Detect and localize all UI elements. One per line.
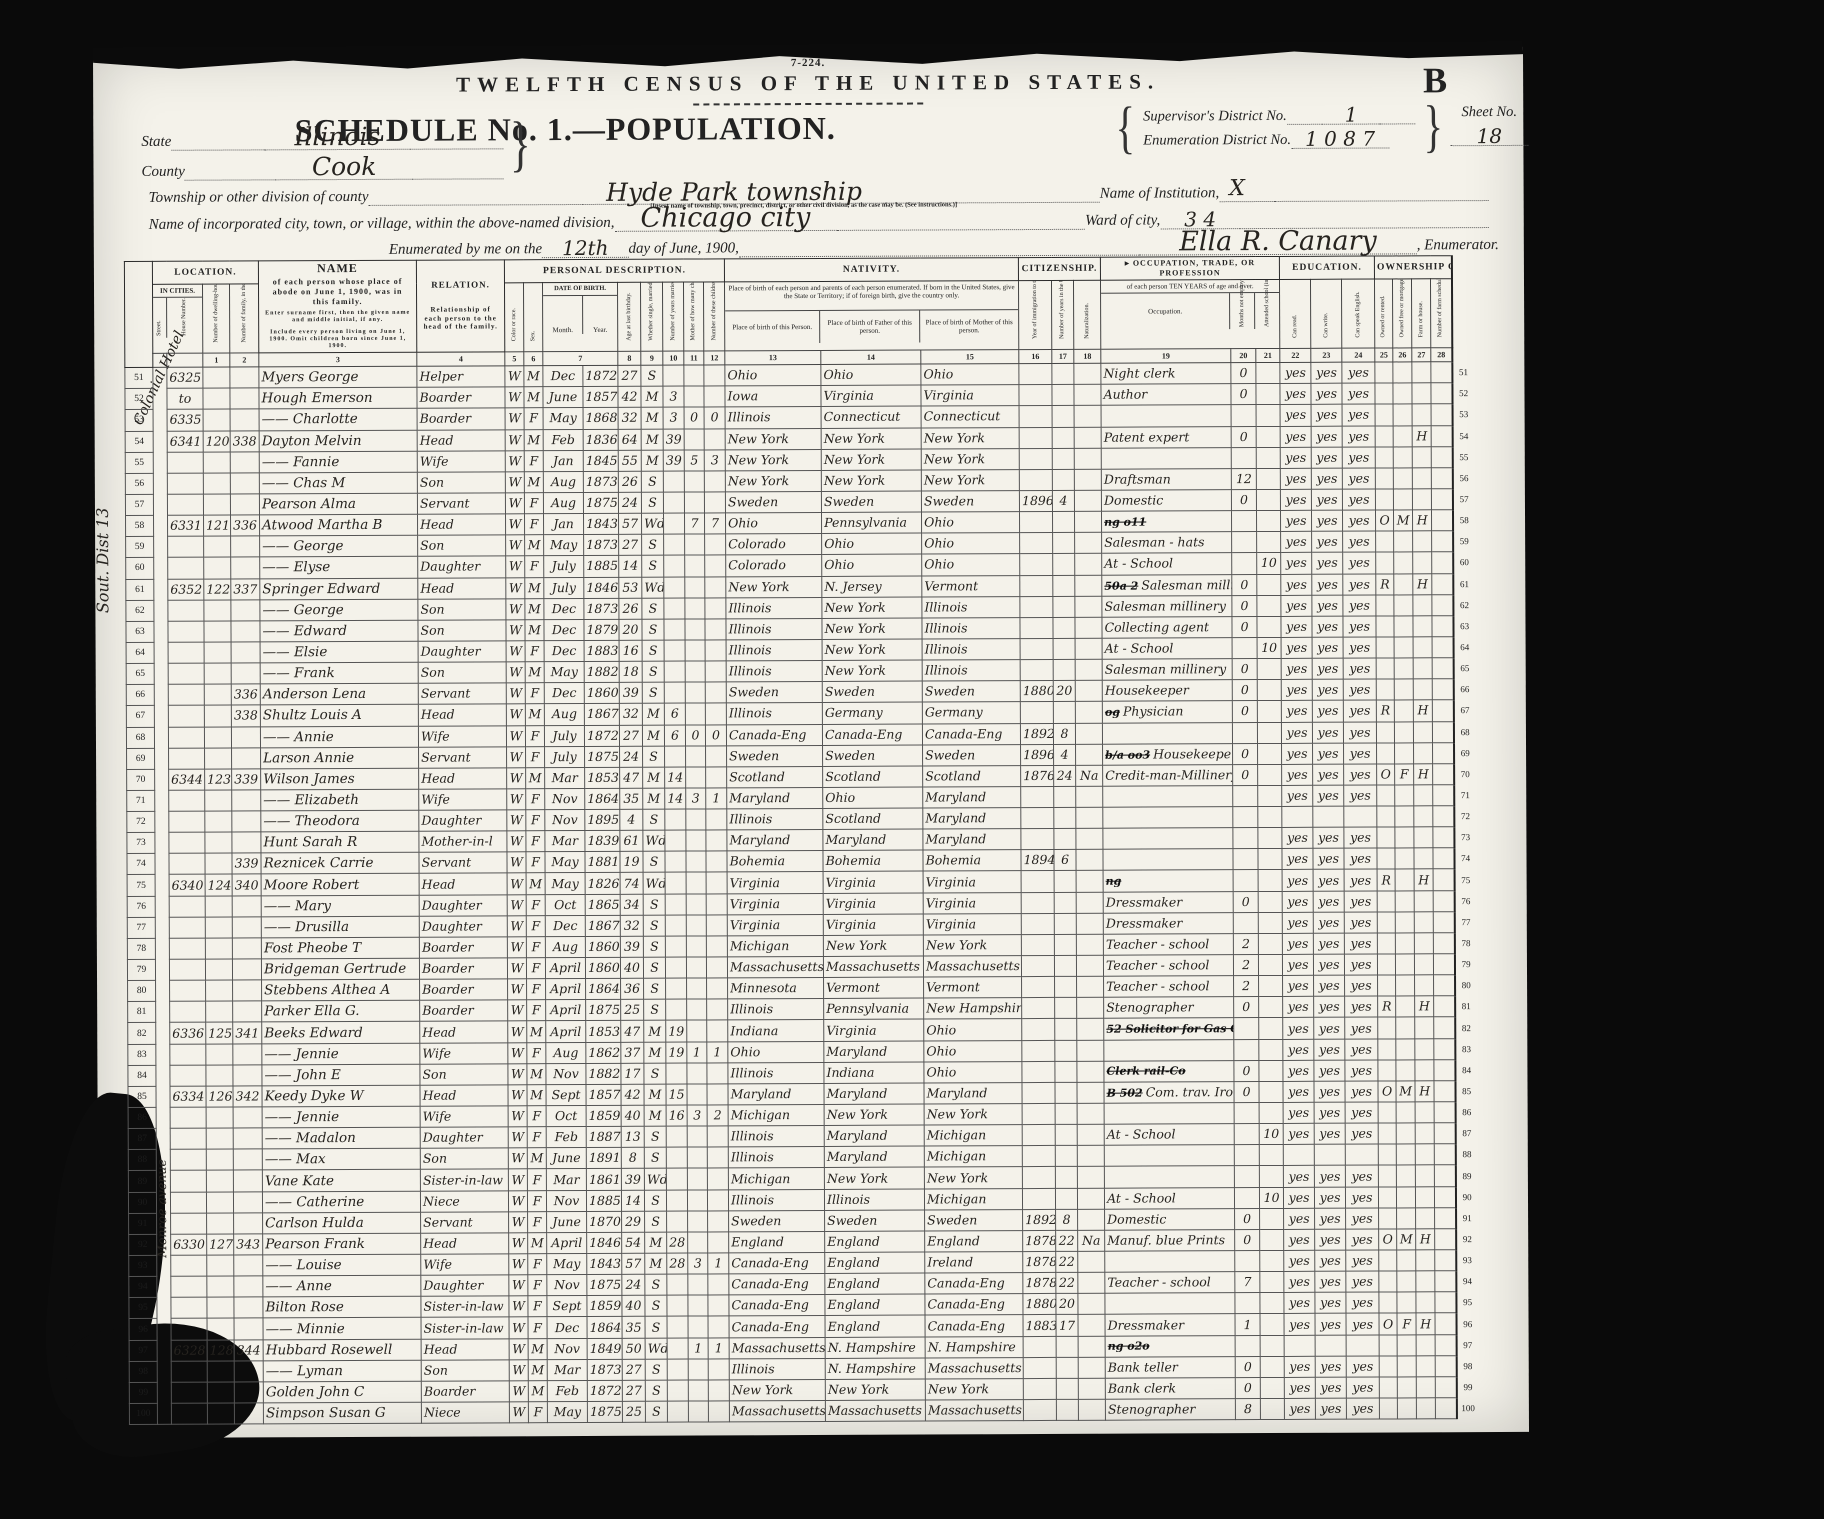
name-title: NAME (261, 261, 414, 276)
cell-year: 1845 (583, 450, 618, 471)
right-line-number: 68 (1454, 721, 1476, 742)
cell-nat (1077, 1146, 1104, 1167)
cell-fam: 338 (230, 430, 259, 451)
cell-color: W (509, 1296, 528, 1317)
cell-pobm: Canada-Eng (922, 723, 1020, 745)
cell-yrs (1053, 702, 1075, 723)
cell-color: W (509, 1402, 528, 1423)
handwritten-entry: 22 (1059, 1254, 1075, 1269)
handwritten-entry: yes (1348, 449, 1369, 464)
cell-occ: ng (1103, 870, 1233, 892)
cell-en: yes (1342, 426, 1375, 447)
handwritten-entry: 14 (622, 558, 638, 573)
right-line-number: 76 (1454, 890, 1476, 911)
handwritten-entry: yes (1318, 872, 1339, 887)
cell-home (1416, 1271, 1435, 1292)
cell-imm (1020, 702, 1053, 723)
cell-en: yes (1346, 1292, 1379, 1313)
handwritten-entry: M (530, 1024, 543, 1039)
cell-own (1379, 1356, 1397, 1377)
handwritten-entry: Salesman - hats (1104, 535, 1204, 550)
cell-sch (1257, 574, 1281, 595)
handwritten-entry: 14 (625, 1192, 641, 1207)
handwritten-entry: Anderson Lena (263, 686, 366, 702)
cell-home: H (1413, 573, 1432, 594)
cell-mort (1397, 1292, 1416, 1313)
cell-liv (707, 1168, 728, 1189)
cell-own: O (1377, 764, 1395, 785)
group-location: LOCATION. (152, 261, 258, 284)
handwritten-entry: Dayton Melvin (262, 433, 362, 449)
cell-imm (1020, 533, 1053, 554)
handwritten-entry: yes (1288, 1042, 1309, 1057)
cell-farmno (1434, 1059, 1455, 1080)
cell-home (1416, 1356, 1435, 1377)
cell-mon: Aug (543, 471, 583, 492)
cell-occ: 50a 2Salesman millinery (1102, 574, 1232, 596)
cell-name: Dayton Melvin (259, 430, 417, 452)
cell-pobf: Bohemia (823, 850, 923, 872)
cell-sex: F (525, 725, 544, 746)
line-number: 99 (129, 1382, 157, 1403)
cell-color: W (506, 598, 525, 619)
cell-year: 1853 (586, 1021, 621, 1042)
cell-occ: Collecting agent (1102, 616, 1232, 638)
colnum-owned: 25 (1375, 348, 1393, 362)
cell-sch (1259, 997, 1283, 1018)
cell-name: —— Max (262, 1149, 420, 1171)
cell-liv (707, 1126, 728, 1147)
cell-yrs (1056, 1378, 1078, 1399)
cell-farmno (1435, 1229, 1456, 1250)
cell-fam (233, 1128, 262, 1149)
cell-liv: 3 (704, 450, 725, 471)
handwritten-entry: F (533, 1256, 542, 1271)
handwritten-entry: Ohio (926, 1043, 956, 1058)
cell-unemp (1233, 807, 1258, 828)
cell-pob: Bohemia (727, 851, 823, 873)
cell-color: W (506, 704, 525, 725)
handwritten-entry: yes (1288, 999, 1309, 1014)
handwritten-entry: Sweden (925, 747, 975, 762)
cell-rd: yes (1281, 510, 1312, 531)
handwritten-entry: Illinois (925, 662, 968, 677)
cell-dw (205, 832, 232, 853)
cell-name: Moore Robert (261, 874, 419, 896)
cell-unemp: 0 (1232, 659, 1257, 680)
cell-occ (1104, 1166, 1234, 1188)
cell-en: yes (1344, 722, 1377, 743)
colnum-relation: 4 (417, 352, 505, 366)
handwritten-entry: 3 (670, 389, 678, 404)
handwritten-entry: 1873 (586, 537, 618, 552)
cell-wr: yes (1311, 362, 1342, 383)
cell-color: W (507, 789, 526, 810)
farm-schedule-column-label: Number of farm schedule. (1437, 279, 1444, 337)
cell-mort (1394, 700, 1413, 721)
cell-house (169, 748, 205, 769)
cell-rd: yes (1282, 849, 1313, 870)
handwritten-entry: 0 (1240, 577, 1248, 592)
handwritten-entry: W (510, 876, 523, 891)
handwritten-entry: At - School (1107, 1190, 1176, 1205)
handwritten-entry: New York (926, 937, 987, 952)
cell-nat (1077, 1103, 1104, 1124)
cell-age: 18 (619, 661, 642, 682)
cell-pob: Canada-Eng (729, 1274, 825, 1296)
line-number: 77 (127, 917, 155, 938)
cell-house (171, 1319, 207, 1340)
cell-liv (706, 915, 727, 936)
cell-ym (663, 492, 684, 513)
cell-unemp (1235, 1293, 1260, 1314)
cell-farmno (1434, 1102, 1455, 1123)
cell-ym: 3 (663, 386, 684, 407)
cell-pobf: England (825, 1273, 925, 1295)
handwritten-entry: Wife (421, 792, 450, 807)
cell-color: W (507, 916, 526, 937)
handwritten-entry: yes (1319, 936, 1340, 951)
cell-liv: 0 (705, 724, 726, 745)
cell-year: 1873 (584, 598, 619, 619)
handwritten-entry: Michigan (927, 1191, 986, 1206)
handwritten-entry: —— George (262, 602, 343, 618)
cell-rd: yes (1280, 468, 1311, 489)
cell-age: 25 (622, 1401, 645, 1422)
cell-imm (1022, 998, 1055, 1019)
handwritten-entry: S (650, 917, 659, 932)
handwritten-entry: yes (1350, 788, 1371, 803)
cell-rel: Daughter (420, 1127, 508, 1149)
cell-pobm: Ohio (922, 554, 1020, 576)
handwritten-entry: Mar (552, 770, 578, 785)
cell-home (1414, 848, 1433, 869)
handwritten-entry: Head (424, 1341, 458, 1356)
cell-color: W (509, 1359, 528, 1380)
cell-house (170, 1044, 206, 1065)
handwritten-entry: N. Hampshire (928, 1339, 1016, 1354)
right-line-number: 56 (1452, 467, 1474, 488)
cell-house (169, 790, 205, 811)
cell-pobf: Connecticut (821, 406, 921, 428)
handwritten-entry: 2 (1242, 978, 1250, 993)
marital-column-head: Whether single, married, widowed, or div… (641, 282, 663, 351)
cell-yrs (1056, 1399, 1078, 1420)
cell-pobm: Bohemia (923, 850, 1021, 872)
handwritten-entry: 1836 (586, 431, 618, 446)
handwritten-entry: yes (1319, 1063, 1340, 1078)
handwritten-entry: Ohio (924, 515, 954, 530)
cell-farmno (1434, 1165, 1455, 1186)
cell-own: O (1379, 1229, 1397, 1250)
handwritten-entry: yes (1352, 1358, 1373, 1373)
handwritten-entry: yes (1285, 365, 1306, 380)
handwritten-entry: Son (421, 622, 445, 637)
handwritten-entry: Aug (551, 474, 576, 489)
line-number: 81 (128, 1002, 156, 1023)
handwritten-entry: S (650, 981, 659, 996)
cell-mort (1395, 869, 1414, 890)
handwritten-entry: W (512, 1341, 525, 1356)
cell-dw (204, 621, 231, 642)
cell-pobf: Maryland (824, 1125, 924, 1147)
cell-sex: M (524, 429, 543, 450)
handwritten-entry: Massachusetts (730, 959, 824, 974)
handwritten-entry: 0 (1241, 661, 1249, 676)
cell-name: —— Drusilla (261, 916, 419, 938)
handwritten-entry: 128 (210, 1342, 234, 1357)
handwritten-entry: 0 (1241, 746, 1249, 761)
cell-rel: Son (418, 662, 506, 684)
handwritten-entry: W (512, 1235, 525, 1250)
cell-occ: Manuf. blue Prints (1105, 1230, 1235, 1252)
cell-mort (1394, 616, 1413, 637)
handwritten-entry: 121 (206, 518, 230, 533)
cell-sex: F (526, 894, 545, 915)
handwritten-entry: 8 (1244, 1401, 1252, 1416)
cell-own (1377, 933, 1395, 954)
colnum-family: 2 (230, 353, 259, 367)
cell-sch (1259, 1081, 1283, 1102)
cell-ym (664, 577, 685, 598)
title-rule (693, 103, 923, 106)
cell-sch (1256, 426, 1280, 447)
cell-pobm: Sweden (922, 681, 1020, 703)
line-number-column-head (124, 261, 152, 367)
cell-sch (1258, 933, 1282, 954)
handwritten-entry: yes (1318, 724, 1339, 739)
cell-age: 19 (620, 852, 643, 873)
handwritten-entry: Nov (552, 812, 578, 827)
cell-occ (1103, 786, 1233, 808)
cell-name: —— Edward (260, 620, 418, 642)
handwritten-entry: —— Jennie (264, 1046, 338, 1062)
cell-rel: Daughter (421, 1275, 509, 1297)
cell-pob: Virginia (727, 872, 823, 894)
cell-name: —— John E (262, 1064, 420, 1086)
right-line-number: 53 (1452, 404, 1474, 425)
handwritten-entry: S (649, 622, 658, 637)
handwritten-entry: Canada-Eng (731, 1255, 808, 1270)
cell-occ: At - School (1104, 1124, 1234, 1146)
cell-sch (1260, 1377, 1284, 1398)
handwritten-entry: Illinois (731, 1128, 774, 1143)
cell-age: 4 (620, 809, 643, 830)
handwritten-entry: 27 (623, 727, 639, 742)
handwritten-entry: F (532, 960, 541, 975)
cell-unemp: 0 (1232, 701, 1257, 722)
handwritten-entry: Maryland (731, 1086, 792, 1101)
handwritten-entry: yes (1318, 788, 1339, 803)
handwritten-entry: M (527, 389, 540, 404)
cell-year: 1867 (585, 915, 620, 936)
cell-mort (1393, 362, 1412, 383)
cell-house: 6325 (167, 367, 203, 388)
handwritten-entry: M (646, 431, 659, 446)
cell-year: 1853 (585, 767, 620, 788)
cell-age: 39 (620, 936, 643, 957)
cell-mort (1396, 1038, 1415, 1059)
handwritten-entry: yes (1286, 619, 1307, 634)
cell-color: W (507, 852, 526, 873)
cell-house (168, 684, 204, 705)
cell-own (1376, 489, 1394, 510)
cell-pobm: Connecticut (921, 406, 1019, 428)
cell-moc (684, 386, 704, 407)
cell-year: 1891 (586, 1148, 621, 1169)
cell-nat (1076, 913, 1103, 934)
handwritten-entry: Feb (555, 1129, 578, 1144)
cell-sch (1260, 1356, 1284, 1377)
cell-age: 39 (621, 1169, 644, 1190)
handwritten-entry: Night clerk (1103, 366, 1175, 381)
cell-moc (687, 1126, 707, 1147)
cell-nat (1077, 1124, 1104, 1145)
cell-pobm: N. Hampshire (925, 1336, 1023, 1358)
cell-color: W (508, 1000, 527, 1021)
handwritten-entry: Dec (551, 368, 575, 383)
cell-yrs (1053, 596, 1075, 617)
colnum-read: 22 (1280, 348, 1311, 362)
cell-age: 74 (620, 873, 643, 894)
handwritten-entry: 3 (670, 410, 678, 425)
cell-pob: Michigan (728, 1104, 824, 1126)
cell-yrs: 6 (1054, 850, 1076, 871)
cell-dw (207, 1361, 234, 1382)
handwritten-entry: Virginia (826, 895, 876, 910)
right-line-number: 95 (1456, 1292, 1478, 1313)
handwritten-entry: June (552, 1150, 581, 1165)
line-number: 82 (128, 1023, 156, 1044)
cell-occ: Teacher - school (1104, 976, 1234, 998)
cell-ym (665, 915, 686, 936)
cell-age: 32 (620, 915, 643, 936)
handwritten-entry: yes (1317, 492, 1338, 507)
handwritten-entry: 19 (624, 854, 640, 869)
cell-occ: Author (1101, 384, 1231, 406)
cell-dw (203, 473, 230, 494)
cell-mar: S (643, 936, 665, 957)
handwritten-entry: 54 (625, 1235, 641, 1250)
cell-moc (686, 851, 706, 872)
handwritten-entry: 6352 (170, 581, 202, 596)
cell-rd: yes (1281, 595, 1312, 616)
handwritten-entry: W (508, 432, 521, 447)
cell-ym (666, 1126, 687, 1147)
handwritten-entry: Illinois (730, 1065, 773, 1080)
cell-yrs (1054, 807, 1076, 828)
handwritten-entry: May (551, 854, 578, 869)
cell-home (1414, 912, 1433, 933)
cell-mon: May (543, 408, 583, 429)
cell-home (1415, 1144, 1434, 1165)
colnum-living: 12 (704, 351, 725, 365)
handwritten-entry: yes (1349, 555, 1370, 570)
handwritten-entry: O (1383, 1231, 1393, 1246)
cell-yrs (1053, 659, 1075, 680)
cell-rel: Boarder (419, 937, 507, 959)
handwritten-entry: 126 (209, 1088, 233, 1103)
handwritten-entry: Bank teller (1108, 1359, 1178, 1374)
street-column-label: Street. (156, 298, 163, 336)
handwritten-entry: S (652, 1361, 661, 1376)
cell-house (167, 473, 203, 494)
cell-house: 6331 (168, 515, 204, 536)
pob-father-label: Place of birth of Father of this person. (820, 316, 919, 337)
handwritten-entry: S (649, 748, 658, 763)
cell-pob: Illinois (728, 1062, 824, 1084)
cell-farmno (1434, 1144, 1455, 1165)
cell-year: 1857 (586, 1084, 621, 1105)
cell-rd: yes (1282, 912, 1313, 933)
handwritten-entry: S (648, 558, 657, 573)
cell-mon: April (546, 1000, 586, 1021)
handwritten-entry: yes (1319, 1020, 1340, 1035)
right-line-number: 82 (1455, 1017, 1477, 1038)
line-number: 57 (125, 494, 153, 515)
cell-en: yes (1344, 827, 1377, 848)
handwritten-entry: yes (1289, 1232, 1310, 1247)
cell-house (168, 727, 204, 748)
sex-column-label: Sex. (530, 283, 537, 341)
cell-nat (1075, 575, 1102, 596)
handwritten-entry: F (531, 833, 540, 848)
handwritten-entry: yes (1317, 661, 1338, 676)
cell-own: O (1378, 1081, 1396, 1102)
cell-year: 1873 (587, 1359, 622, 1380)
handwritten-entry: 15 (669, 1087, 685, 1102)
handwritten-entry: 1879 (587, 622, 619, 637)
handwritten-entry: 29 (625, 1214, 641, 1229)
cell-home: H (1412, 425, 1431, 446)
cell-sex: M (525, 662, 544, 683)
cell-moc: 1 (687, 1042, 707, 1063)
cell-name: —— Anne (263, 1275, 421, 1297)
cell-year: 1875 (586, 1000, 621, 1021)
cell-age: 40 (620, 957, 643, 978)
cell-pobm: Virginia (923, 892, 1021, 914)
cell-sch: 10 (1257, 553, 1281, 574)
cell-home (1412, 446, 1431, 467)
cell-mar: S (645, 1317, 667, 1338)
cell-unemp: 12 (1231, 468, 1256, 489)
handwritten-entry: R (1380, 576, 1389, 591)
cell-en: yes (1342, 489, 1375, 510)
cell-yrs (1052, 385, 1074, 406)
handwritten-entry: April (551, 1235, 582, 1250)
cell-dw: 123 (205, 769, 232, 790)
cell-mort (1394, 573, 1413, 594)
cell-rd: yes (1283, 1039, 1314, 1060)
cell-mort (1394, 531, 1413, 552)
cell-home (1415, 1038, 1434, 1059)
cell-rd: yes (1283, 1102, 1314, 1123)
handwritten-entry: 1859 (589, 1108, 621, 1123)
cell-mar: M (642, 725, 664, 746)
cell-year: 1859 (587, 1296, 622, 1317)
handwritten-entry: 0 (1242, 1063, 1250, 1078)
cell-mar: S (641, 365, 663, 386)
cell-mon: June (547, 1211, 587, 1232)
handwritten-entry: N. Hampshire (828, 1339, 916, 1354)
line-number: 53 (125, 410, 153, 431)
cell-house (170, 980, 206, 1001)
city-label: Name of incorporated city, town, or vill… (149, 215, 615, 234)
cell-moc (685, 555, 705, 576)
handwritten-entry: 1826 (588, 875, 620, 890)
handwritten-entry: S (652, 1277, 661, 1292)
cell-wr: yes (1315, 1250, 1346, 1271)
